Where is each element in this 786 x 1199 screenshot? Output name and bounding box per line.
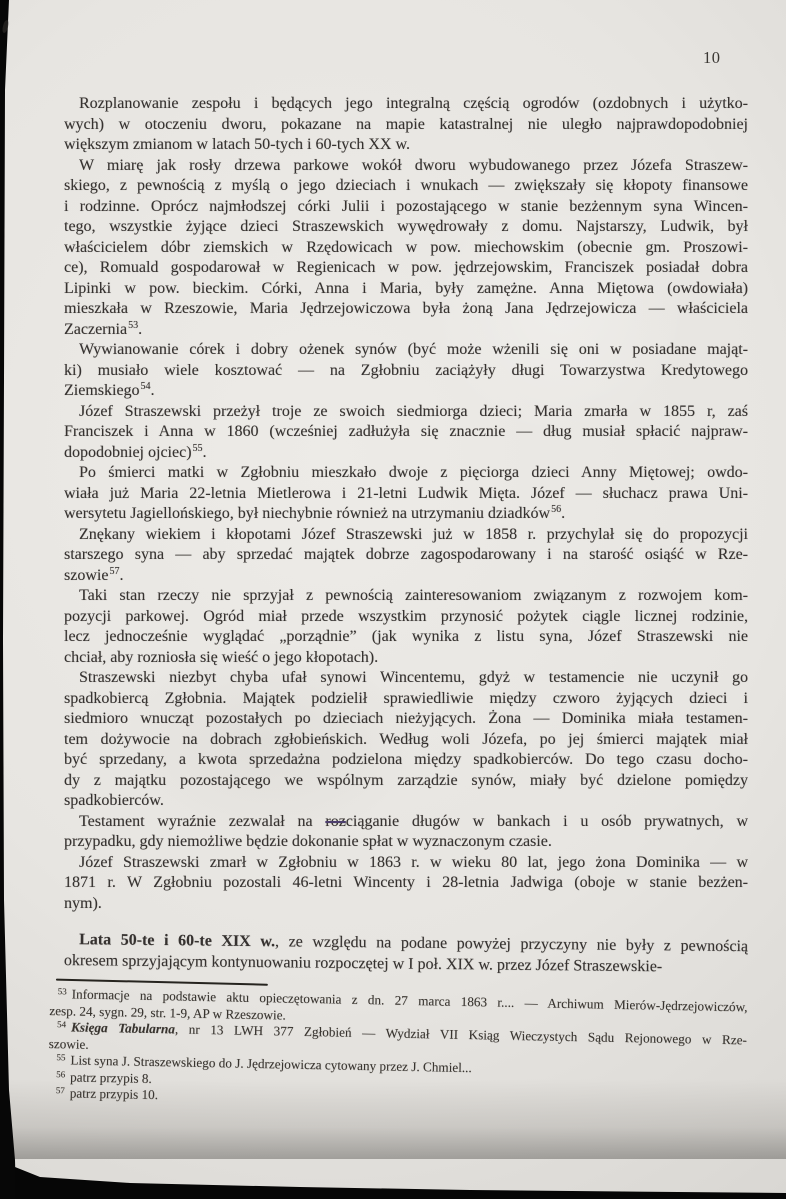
footnote-marker: 55 (56, 1052, 65, 1062)
page-number: 10 (703, 48, 721, 68)
footnote-reference: 55 (193, 443, 203, 454)
text-line: Wywianowanie córek i dobry ożenek synów … (64, 340, 748, 361)
text-line: 1871 r. W Zgłobniu pozostali 46-letni Wi… (64, 873, 748, 894)
text-line: Testament wyraźnie zezwalał na rozzaciąg… (64, 812, 748, 833)
text-line: Straszewski niezbyt chyba ufał synowi Wi… (64, 668, 748, 689)
text-line: wiała już Maria 22-letnia Mietlerowa i 2… (64, 484, 748, 505)
text-line: nym). (64, 894, 748, 915)
text-line: tego, wszystkie żyjące dzieci Straszewsk… (64, 217, 748, 238)
text-line: większym zmianom w latach 50-tych i 60-t… (64, 135, 748, 156)
text-line: być sprzedany, a kwota sprzedażna podzie… (64, 750, 748, 771)
text-line: dopodobniej ojciec)55. (64, 443, 748, 464)
footnote-title: Księga Tabularna (71, 1019, 175, 1036)
text-line: skiego, z pewnością z myślą o jego dziec… (64, 176, 748, 197)
text-line: Lipinki w pow. bieckim. Córki, Anna i Ma… (64, 279, 748, 300)
text-line: dy z majątku pozostającego we wspólnym z… (64, 771, 748, 792)
footnote-marker: 54 (57, 1019, 66, 1029)
text-line: Ziemskiego54. (64, 381, 748, 402)
text-line: Józef Straszewski zmarł w Zgłobniu w 186… (64, 853, 748, 874)
body-text: Rozplanowanie zespołu i będących jego in… (64, 94, 748, 971)
text-line: spadkobierców. (64, 791, 748, 812)
text-line: mieszkała w Rzeszowie, Maria Jędrzejowic… (64, 299, 748, 320)
footnote-reference: 53 (128, 320, 138, 331)
text-line: Zaczernia53. (64, 320, 748, 341)
text-line: Rozplanowanie zespołu i będących jego in… (64, 94, 748, 115)
text-line: Znękany wiekiem i kłopotami Józef Strasz… (64, 525, 748, 546)
page-curl-shadow (0, 1079, 786, 1159)
text-line: właścicielem dóbr ziemskich w Rzędowicac… (64, 238, 748, 259)
text-line: starszego syna — aby sprzedać majątek do… (64, 545, 748, 566)
text-line: i rodzinne. Oprócz najmłodszej córki Jul… (64, 197, 748, 218)
footnote-marker: 53 (58, 986, 67, 996)
footnote-marker: 56 (56, 1069, 65, 1079)
text-line: lecz jednocześnie wyglądać „porządnie” (… (64, 627, 748, 648)
text-line: spadkobiercą Zgłobnia. Majątek podzielił… (64, 689, 748, 710)
footnote-reference: 54 (141, 381, 151, 392)
text-line: ki) musiało wiele kosztować — na Zgłobni… (64, 361, 748, 382)
text-line: Po śmierci matki w Zgłobniu mieszkało dw… (64, 463, 748, 484)
scanned-page: 10 Rozplanowanie zespołu i będących jego… (0, 0, 786, 1199)
text-line: szowie57. (64, 566, 748, 587)
text-line: pozycji parkowej. Ogród miał przede wszy… (64, 607, 748, 628)
text-line: wersytetu Jagiellońskiego, był niechybni… (64, 504, 748, 525)
footnote-separator (56, 979, 268, 986)
footnote-reference: 56 (551, 504, 561, 515)
text-line: ce), Romuald gospodarował w Regienicach … (64, 258, 748, 279)
footnote-reference: 57 (109, 566, 119, 577)
text-line: W miarę jak rosły drzewa parkowe wokół d… (64, 156, 748, 177)
struck-text: rozza (325, 813, 345, 830)
scan-edge-left (0, 0, 16, 1199)
closing-paragraph: Lata 50-te i 60-te XIX w., ze względu na… (64, 930, 748, 978)
text-line: Taki stan rzeczy nie sprzyjał z pewności… (64, 586, 748, 607)
text-line: tem dożywocie na dobrach zgłobieńskich. … (64, 730, 748, 751)
text-line: siedmioro wnucząt pozostałych po dziecia… (64, 709, 748, 730)
text-line: wych) w otoczeniu dworu, pokazane na map… (64, 115, 748, 136)
text-line: Franciszek i Anna w 1860 (wcześniej zadł… (64, 422, 748, 443)
text-line: Józef Straszewski przeżył troje ze swoic… (64, 402, 748, 423)
text-line: przypadku, gdy niemożliwe będzie dokonan… (64, 832, 748, 853)
bold-lead: Lata 50-te i 60-te XIX w. (79, 931, 275, 950)
text-line: chciał, aby rozniosła się wieść o jego k… (64, 648, 748, 669)
